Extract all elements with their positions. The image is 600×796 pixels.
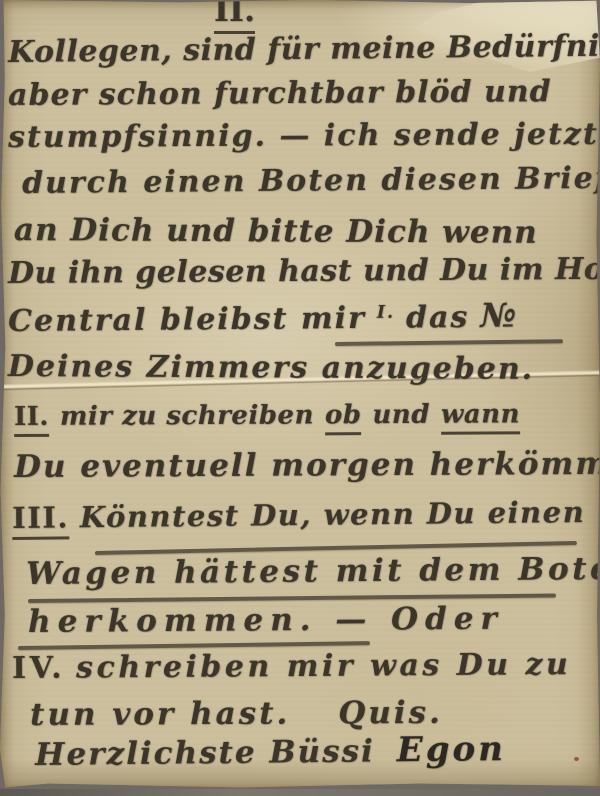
item4-numeral: IV. xyxy=(12,651,65,686)
letter-line-3: stumpfsinnig. — ich sende jetzt xyxy=(8,120,599,153)
letter-line-8: Deines Zimmers anzugeben. xyxy=(8,352,534,385)
letter-line-10: Du eventuell morgen herkömmst. xyxy=(14,449,600,483)
letter-line-11: III.Könntest Du, wenn Du einen xyxy=(12,498,585,533)
letter-line-7: Central bleibst mirI.das№ xyxy=(8,299,518,337)
signature: Egon xyxy=(397,729,507,770)
line7-text: Central bleibst mir xyxy=(8,301,366,339)
line7-das: das xyxy=(406,300,470,336)
closing-text: Herzlichste Büssi xyxy=(35,733,375,773)
addressee-name: Quis. xyxy=(338,695,443,732)
letter-line-6: Du ihn gelesen hast und Du im Hotel xyxy=(8,255,600,289)
letter-line-13: herkommen. — Oder xyxy=(28,604,504,638)
letter-line-5: an Dich und bitte Dich wenn xyxy=(14,215,538,249)
letter-line-2: aber schon furchtbar blöd und xyxy=(8,77,552,111)
scanned-letter-page: II. Kollegen, sind für meine Bedürfnisse… xyxy=(0,0,600,796)
item4-text-2: tun vor hast. xyxy=(30,696,290,733)
item2-word-und: und xyxy=(372,400,430,430)
paper-sheet: II. Kollegen, sind für meine Bedürfnisse… xyxy=(0,0,600,789)
page-numeral-text: II. xyxy=(214,0,255,34)
letter-line-14: IV.schreiben mir was Du zu xyxy=(12,650,571,684)
letter-line-9: II.mir zu schreibenobundwann xyxy=(14,401,520,430)
line7-superscript-numeral: I. xyxy=(377,303,395,323)
item2-text: mir zu schreiben xyxy=(60,400,314,431)
letter-line-1: Kollegen, sind für meine Bedürfnisse xyxy=(8,31,600,68)
letter-line-15: tun vor hast.Quis. xyxy=(30,698,443,731)
item3-numeral: III. xyxy=(12,500,69,540)
pencil-underline-numero xyxy=(335,339,563,346)
letter-line-4: durch einen Boten diesen Brief xyxy=(22,164,600,199)
closing-line: Herzlichste BüssiEgon xyxy=(35,732,506,771)
line7-numero-sign: № xyxy=(480,296,518,335)
scanner-background-strip xyxy=(0,789,600,796)
red-speck xyxy=(574,757,579,761)
letter-line-12: Wagen hättest mit dem Boten xyxy=(26,554,600,590)
item3-text-1: Könntest Du, wenn Du einen xyxy=(80,495,586,534)
item4-text-1: schreiben mir was Du zu xyxy=(76,647,571,685)
page-numeral: II. xyxy=(214,0,255,26)
item2-word-ob: ob xyxy=(325,400,362,435)
item2-word-wann: wann xyxy=(441,399,520,434)
item2-numeral: II. xyxy=(14,402,49,437)
